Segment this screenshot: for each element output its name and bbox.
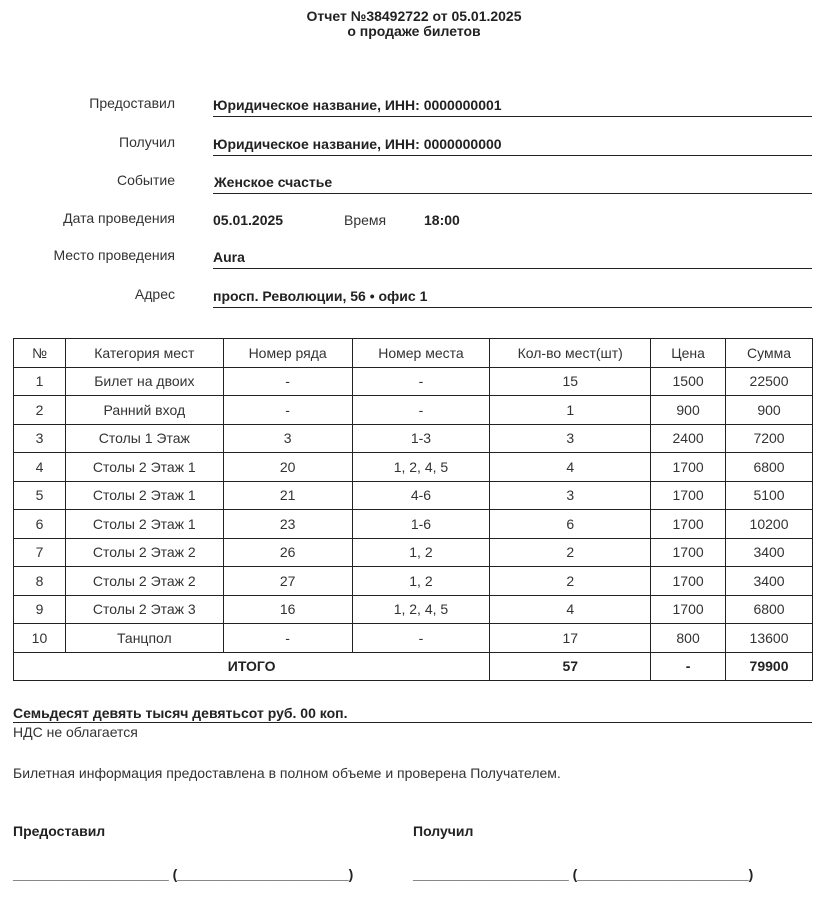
table-cell: Столы 2 Этаж 2 bbox=[65, 567, 223, 596]
info-row-event: Событие Женское счастье bbox=[0, 172, 828, 202]
table-cell: Танцпол bbox=[65, 624, 223, 653]
table-cell: 3 bbox=[223, 424, 352, 453]
receiver-signature-title: Получил bbox=[413, 823, 473, 839]
table-cell: 8 bbox=[14, 567, 66, 596]
table-cell: - bbox=[352, 396, 490, 425]
table-cell: 6 bbox=[14, 510, 66, 539]
table-row: 4Столы 2 Этаж 1201, 2, 4, 5417006800 bbox=[14, 453, 813, 482]
time-label: Время bbox=[344, 212, 386, 228]
table-cell: Билет на двоих bbox=[65, 367, 223, 396]
receiver-label: Получил bbox=[119, 134, 175, 150]
table-cell: 5 bbox=[14, 481, 66, 510]
table-cell: 2 bbox=[14, 396, 66, 425]
column-header: Номер ряда bbox=[223, 339, 352, 368]
table-cell: 5100 bbox=[726, 481, 813, 510]
report-title-line1: Отчет №38492722 от 05.01.2025 bbox=[0, 9, 828, 24]
table-cell: 16 bbox=[223, 595, 352, 624]
table-cell: 26 bbox=[223, 538, 352, 567]
provider-signature-title: Предоставил bbox=[13, 823, 105, 839]
column-header: Цена bbox=[651, 339, 726, 368]
table-row: 7Столы 2 Этаж 2261, 2217003400 bbox=[14, 538, 813, 567]
total-sum: 79900 bbox=[726, 652, 813, 681]
table-cell: 1-6 bbox=[352, 510, 490, 539]
report-title: Отчет №38492722 от 05.01.2025 о продаже … bbox=[0, 9, 828, 39]
table-cell: 1700 bbox=[651, 538, 726, 567]
table-row: 5Столы 2 Этаж 1214-6317005100 bbox=[14, 481, 813, 510]
table-cell: 1700 bbox=[651, 510, 726, 539]
total-label: ИТОГО bbox=[14, 652, 490, 681]
table-cell: 900 bbox=[651, 396, 726, 425]
table-cell: 1, 2 bbox=[352, 567, 490, 596]
table-cell: 22500 bbox=[726, 367, 813, 396]
venue-value: Aura bbox=[213, 249, 245, 265]
info-row-address: Адрес просп. Революции, 56 • офис 1 bbox=[0, 286, 828, 316]
report-title-line2: о продаже билетов bbox=[0, 24, 828, 39]
table-cell: 21 bbox=[223, 481, 352, 510]
table-row: 1Билет на двоих--15150022500 bbox=[14, 367, 813, 396]
venue-underline bbox=[213, 268, 812, 269]
table-total-row: ИТОГО 57 - 79900 bbox=[14, 652, 813, 681]
confirmation-note: Билетная информация предоставлена в полн… bbox=[13, 765, 561, 781]
ticket-sales-table: № Категория мест Номер ряда Номер места … bbox=[13, 338, 813, 681]
date-value: 05.01.2025 bbox=[213, 212, 283, 228]
table-row: 10Танцпол--1780013600 bbox=[14, 624, 813, 653]
table-row: 9Столы 2 Этаж 3161, 2, 4, 5417006800 bbox=[14, 595, 813, 624]
table-cell: 1, 2 bbox=[352, 538, 490, 567]
table-cell: Столы 2 Этаж 2 bbox=[65, 538, 223, 567]
table-cell: Столы 2 Этаж 3 bbox=[65, 595, 223, 624]
table-row: 8Столы 2 Этаж 2271, 2217003400 bbox=[14, 567, 813, 596]
table-cell: Столы 2 Этаж 1 bbox=[65, 510, 223, 539]
info-row-provider: Предоставил Юридическое название, ИНН: 0… bbox=[0, 95, 828, 125]
provider-underline bbox=[213, 116, 812, 117]
table-cell: 7 bbox=[14, 538, 66, 567]
receiver-value: Юридическое название, ИНН: 0000000000 bbox=[213, 136, 502, 152]
total-price: - bbox=[651, 652, 726, 681]
table-cell: 10 bbox=[14, 624, 66, 653]
table-cell: 17 bbox=[490, 624, 651, 653]
table-cell: - bbox=[223, 367, 352, 396]
info-row-receiver: Получил Юридическое название, ИНН: 00000… bbox=[0, 134, 828, 164]
column-header: Кол-во мест(шт) bbox=[490, 339, 651, 368]
table-cell: 7200 bbox=[726, 424, 813, 453]
table-cell: 2400 bbox=[651, 424, 726, 453]
table-header-row: № Категория мест Номер ряда Номер места … bbox=[14, 339, 813, 368]
table-cell: 10200 bbox=[726, 510, 813, 539]
table-row: 6Столы 2 Этаж 1231-66170010200 bbox=[14, 510, 813, 539]
table-cell: 1700 bbox=[651, 567, 726, 596]
date-label: Дата проведения bbox=[63, 210, 175, 226]
total-quantity: 57 bbox=[490, 652, 651, 681]
table-cell: 3 bbox=[14, 424, 66, 453]
table-cell: 1, 2, 4, 5 bbox=[352, 453, 490, 482]
column-header: Категория мест bbox=[65, 339, 223, 368]
sum-in-words: Семьдесят девять тысяч девятьсот руб. 00… bbox=[13, 705, 812, 723]
table-cell: 3400 bbox=[726, 567, 813, 596]
address-label: Адрес bbox=[135, 286, 175, 302]
event-label: Событие bbox=[117, 172, 175, 188]
receiver-signature-line: ____________________ (__________________… bbox=[413, 866, 753, 882]
address-underline bbox=[213, 307, 812, 308]
table-cell: 9 bbox=[14, 595, 66, 624]
table-cell: 13600 bbox=[726, 624, 813, 653]
vat-note: НДС не облагается bbox=[13, 724, 138, 740]
info-row-venue: Место проведения Aura bbox=[0, 247, 828, 277]
table-cell: - bbox=[352, 367, 490, 396]
provider-signature-line: ____________________ (__________________… bbox=[13, 866, 353, 882]
column-header: № bbox=[14, 339, 66, 368]
table-cell: 2 bbox=[490, 567, 651, 596]
table-cell: 1700 bbox=[651, 595, 726, 624]
table-cell: 15 bbox=[490, 367, 651, 396]
column-header: Номер места bbox=[352, 339, 490, 368]
table-cell: 6800 bbox=[726, 595, 813, 624]
table-cell: 3 bbox=[490, 481, 651, 510]
table-cell: - bbox=[352, 624, 490, 653]
table-cell: 3 bbox=[490, 424, 651, 453]
table-cell: Столы 2 Этаж 1 bbox=[65, 481, 223, 510]
table-cell: Столы 1 Этаж bbox=[65, 424, 223, 453]
table-cell: 6 bbox=[490, 510, 651, 539]
table-cell: 2 bbox=[490, 538, 651, 567]
provider-value: Юридическое название, ИНН: 0000000001 bbox=[213, 97, 502, 113]
table-cell: 27 bbox=[223, 567, 352, 596]
table-row: 3Столы 1 Этаж31-3324007200 bbox=[14, 424, 813, 453]
table-cell: 800 bbox=[651, 624, 726, 653]
time-value: 18:00 bbox=[424, 212, 460, 228]
table-cell: Столы 2 Этаж 1 bbox=[65, 453, 223, 482]
event-underline bbox=[213, 193, 812, 194]
table-cell: 4 bbox=[490, 595, 651, 624]
table-cell: 3400 bbox=[726, 538, 813, 567]
table-row: 2Ранний вход--1900900 bbox=[14, 396, 813, 425]
address-value: просп. Революции, 56 • офис 1 bbox=[213, 288, 427, 304]
table-cell: 6800 bbox=[726, 453, 813, 482]
table-cell: 1 bbox=[490, 396, 651, 425]
table-cell: 4-6 bbox=[352, 481, 490, 510]
table-cell: 20 bbox=[223, 453, 352, 482]
table-cell: 1 bbox=[14, 367, 66, 396]
column-header: Сумма bbox=[726, 339, 813, 368]
table-cell: 4 bbox=[14, 453, 66, 482]
table-cell: - bbox=[223, 624, 352, 653]
provider-label: Предоставил bbox=[89, 95, 175, 111]
info-row-date: Дата проведения 05.01.2025 Время 18:00 bbox=[0, 210, 828, 240]
receiver-underline bbox=[213, 155, 812, 156]
venue-label: Место проведения bbox=[53, 247, 175, 263]
table-cell: 1700 bbox=[651, 481, 726, 510]
table-cell: 4 bbox=[490, 453, 651, 482]
table-cell: 1700 bbox=[651, 453, 726, 482]
table-cell: 23 bbox=[223, 510, 352, 539]
table-cell: 1500 bbox=[651, 367, 726, 396]
event-value: Женское счастье bbox=[214, 174, 332, 190]
table-cell: 1-3 bbox=[352, 424, 490, 453]
table-cell: 1, 2, 4, 5 bbox=[352, 595, 490, 624]
table-cell: 900 bbox=[726, 396, 813, 425]
table-cell: - bbox=[223, 396, 352, 425]
table-cell: Ранний вход bbox=[65, 396, 223, 425]
